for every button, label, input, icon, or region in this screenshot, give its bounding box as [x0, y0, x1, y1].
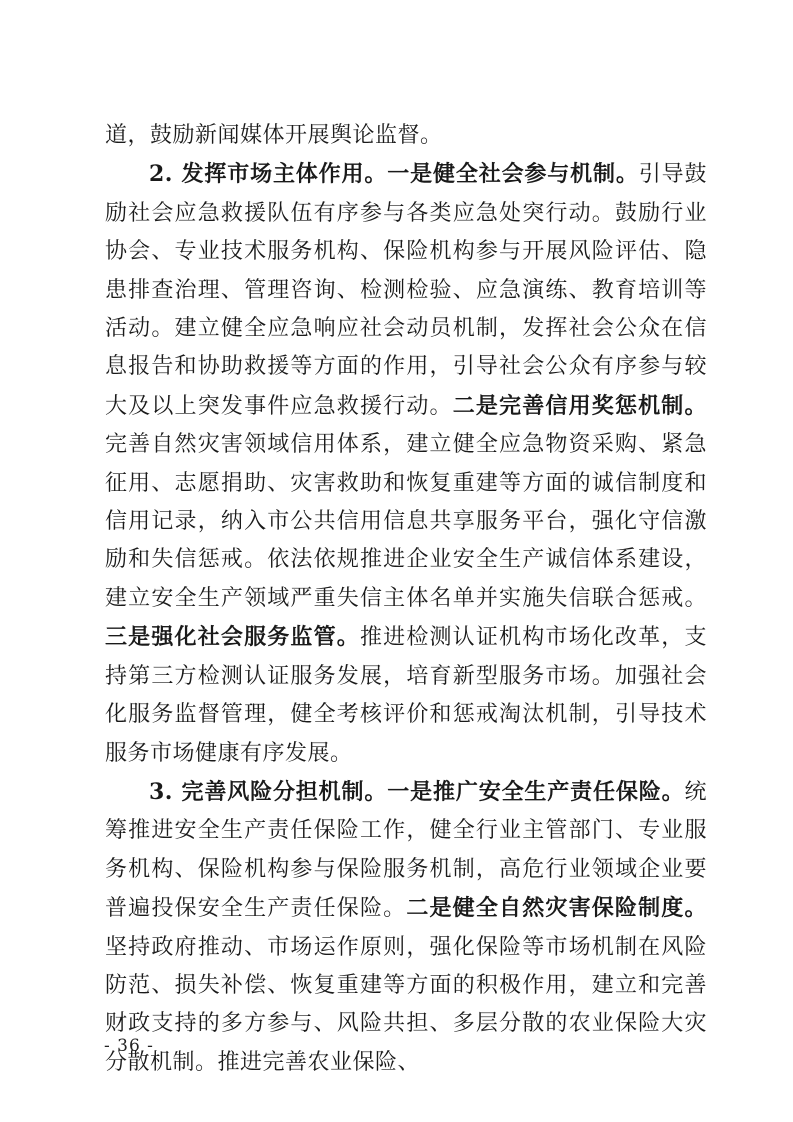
- paragraph: 道，鼓励新闻媒体开展舆论监督。: [105, 117, 707, 155]
- text-run: 完善自然灾害领域信用体系，建立健全应急物资采购、紧急征用、志愿捐助、灾害救助和恢…: [105, 432, 707, 611]
- bold-text-run: 三是强化社会服务监管。: [105, 624, 360, 650]
- text-run: 坚持政府推动、市场运作原则，强化保险等市场机制在风险防范、损失补偿、恢复重建等方…: [105, 935, 707, 1075]
- paragraph: 2. 发挥市场主体作用。一是健全社会参与机制。引导鼓励社会应急救援队伍有序参与各…: [105, 155, 707, 773]
- bold-text-run: 二是完善信用奖惩机制。: [453, 393, 707, 419]
- bold-text-run: 2. 发挥市场主体作用。一是健全社会参与机制。: [149, 161, 639, 187]
- bold-text-run: 二是健全自然灾害保险制度。: [406, 895, 707, 921]
- bold-text-run: 3. 完善风险分担机制。一是推广安全生产责任保险。: [149, 779, 684, 805]
- document-body: 道，鼓励新闻媒体开展舆论监督。2. 发挥市场主体作用。一是健全社会参与机制。引导…: [105, 117, 707, 1082]
- text-run: 道，鼓励新闻媒体开展舆论监督。: [105, 123, 443, 148]
- page-number: - 36 -: [104, 1036, 154, 1056]
- paragraph: 3. 完善风险分担机制。一是推广安全生产责任保险。统筹推进安全生产责任保险工作，…: [105, 773, 707, 1082]
- text-run: 引导鼓励社会应急救援队伍有序参与各类应急处突行动。鼓励行业协会、专业技术服务机构…: [105, 162, 707, 418]
- document-page: 道，鼓励新闻媒体开展舆论监督。2. 发挥市场主体作用。一是健全社会参与机制。引导…: [0, 0, 793, 1122]
